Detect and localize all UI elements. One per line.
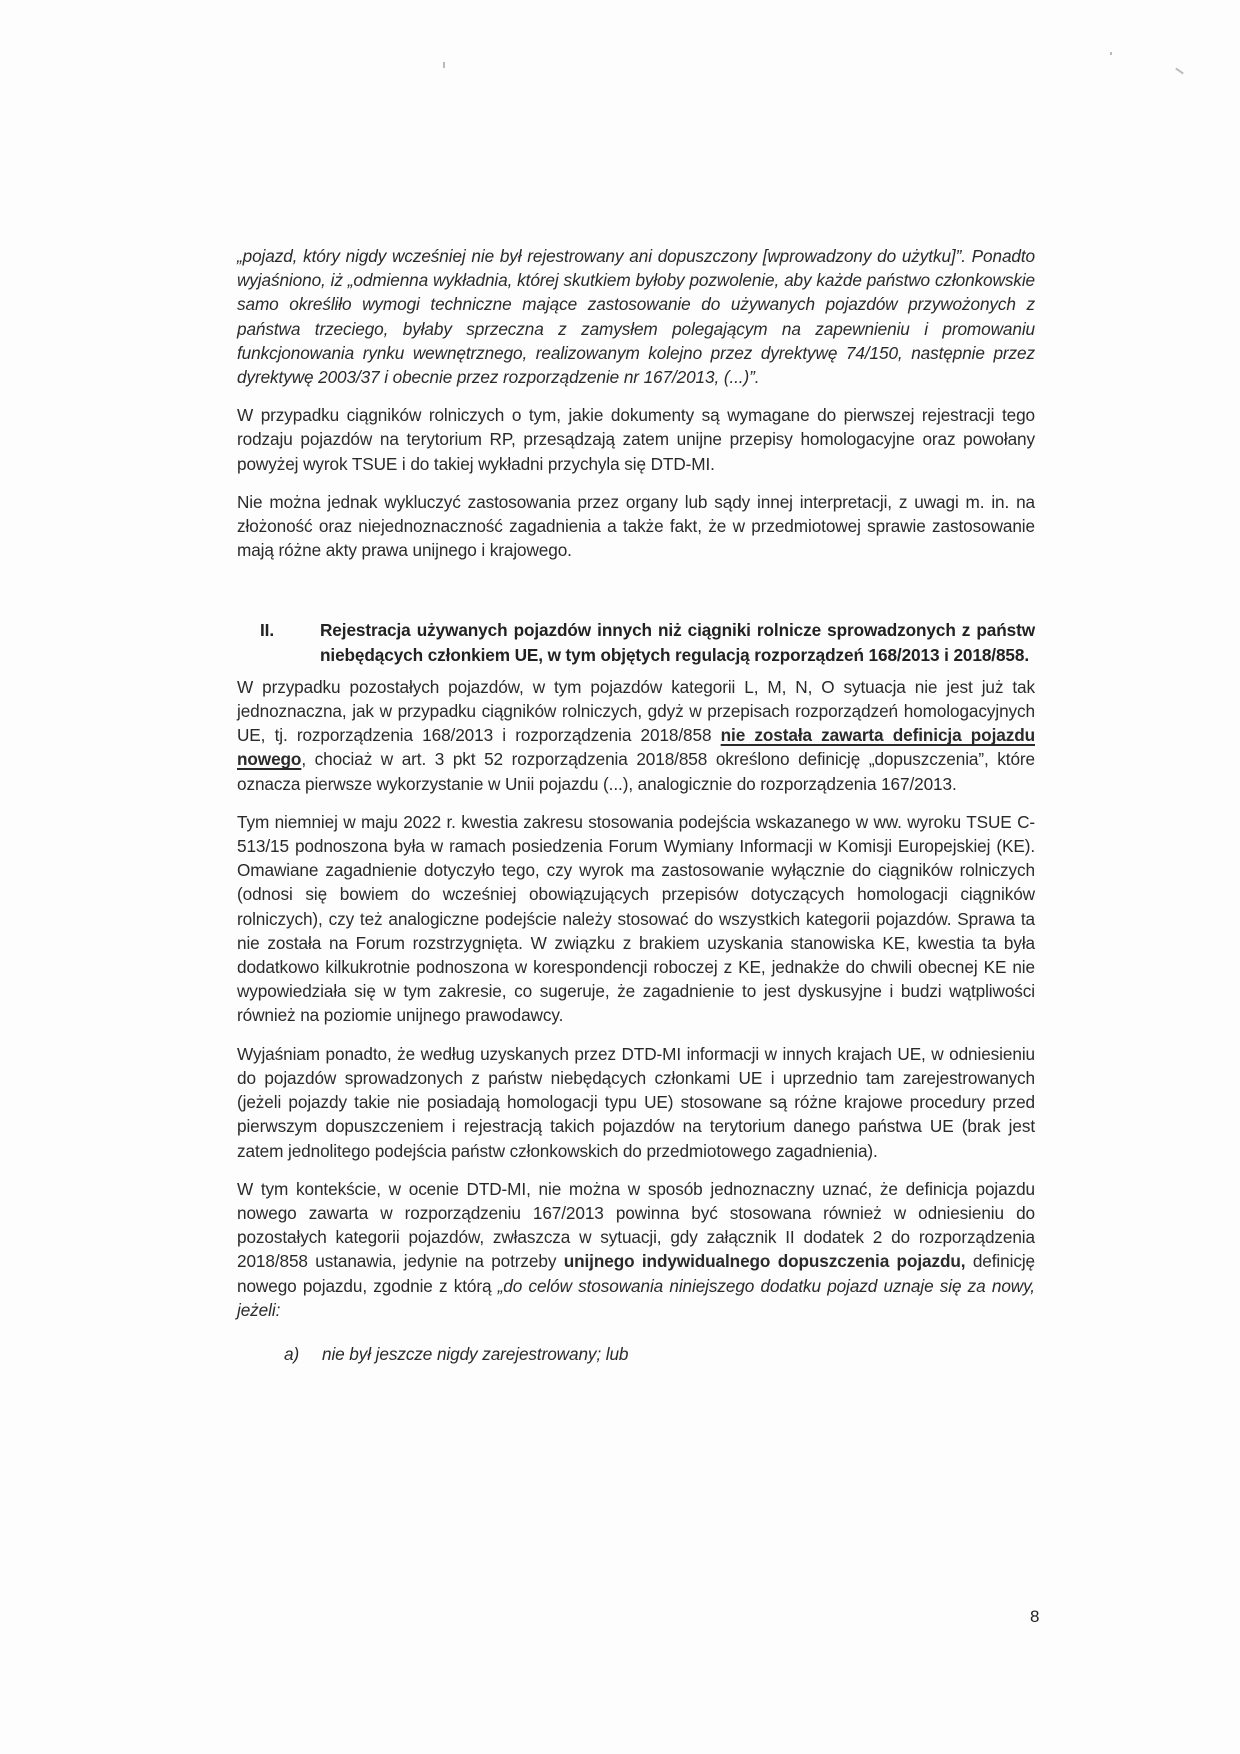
document-page: „pojazd, który nigdy wcześniej nie był r… xyxy=(0,0,1240,1754)
paragraph-text: , chociaż w art. 3 pkt 52 rozporządzenia… xyxy=(237,749,1035,793)
section-heading: II. Rejestracja używanych pojazdów innyc… xyxy=(237,618,1035,666)
scan-speck xyxy=(1175,68,1184,75)
section-number: II. xyxy=(237,618,320,666)
quoted-paragraph: „pojazd, który nigdy wcześniej nie był r… xyxy=(237,244,1035,389)
paragraph: Tym niemniej w maju 2022 r. kwestia zakr… xyxy=(237,810,1035,1028)
paragraph: W przypadku pozostałych pojazdów, w tym … xyxy=(237,675,1035,796)
paragraph: Nie można jednak wykluczyć zastosowania … xyxy=(237,490,1035,563)
list-item-text: nie był jeszcze nigdy zarejestrowany; lu… xyxy=(322,1342,628,1366)
list-item: a) nie był jeszcze nigdy zarejestrowany;… xyxy=(237,1342,1035,1366)
document-body: „pojazd, który nigdy wcześniej nie był r… xyxy=(237,244,1035,1366)
list-marker: a) xyxy=(284,1342,322,1366)
paragraph: W przypadku ciągników rolniczych o tym, … xyxy=(237,403,1035,476)
paragraph: Wyjaśniam ponadto, że według uzyskanych … xyxy=(237,1042,1035,1163)
section-title: Rejestracja używanych pojazdów innych ni… xyxy=(320,618,1035,666)
scan-speck xyxy=(1110,52,1112,55)
scan-speck xyxy=(443,62,445,68)
paragraph: W tym kontekście, w ocenie DTD-MI, nie m… xyxy=(237,1177,1035,1322)
emphasized-text: unijnego indywidualnego dopuszczenia poj… xyxy=(564,1251,966,1271)
page-number: 8 xyxy=(1030,1607,1039,1627)
